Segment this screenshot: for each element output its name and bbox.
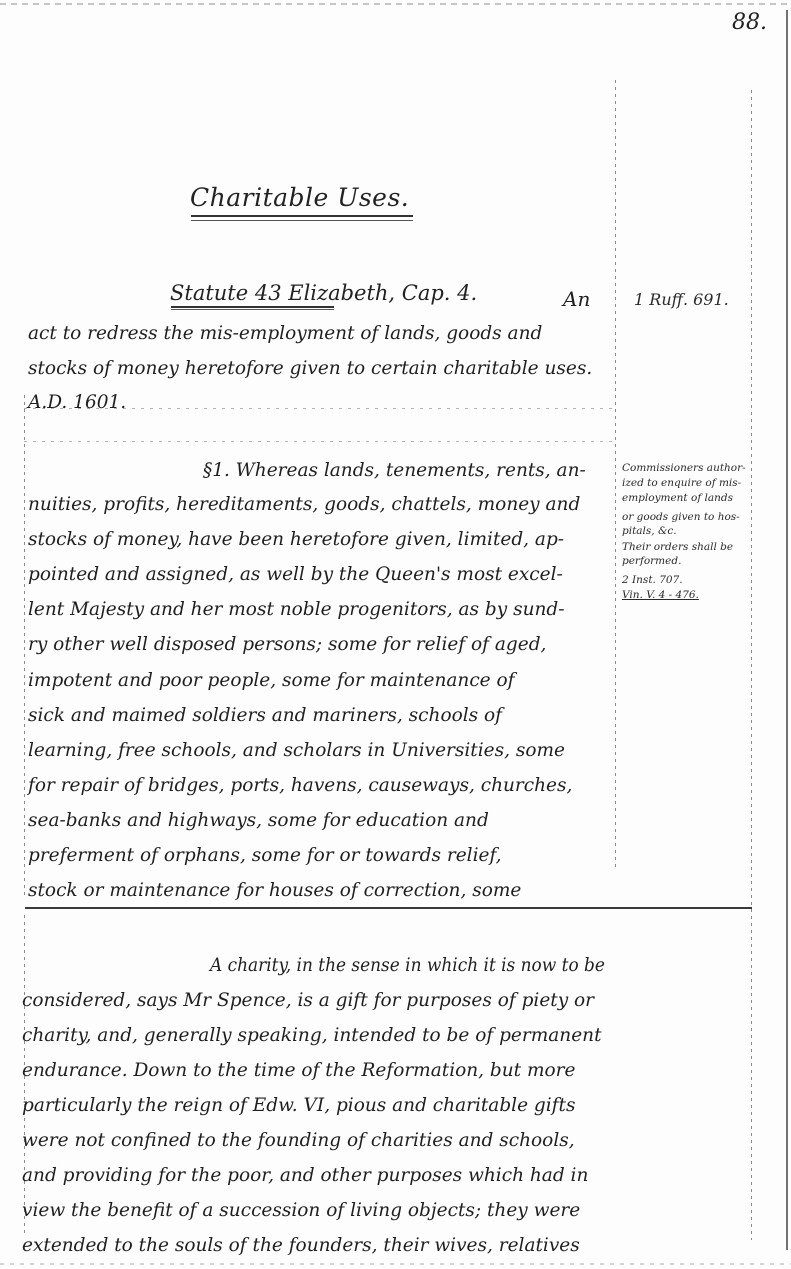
faint-rule [24, 441, 614, 442]
margin-note-line: Commissioners author- [622, 462, 746, 474]
statute-line: act to redress the mis-employment of lan… [28, 323, 542, 344]
margin-note-line: Their orders shall be [622, 541, 733, 553]
section-1-line: stocks of money, have been heretofore gi… [28, 529, 564, 550]
commentary-line: extended to the souls of the founders, t… [22, 1235, 580, 1256]
scan-edge-right [786, 10, 788, 1250]
margin-note-line: or goods given to hos- [622, 511, 740, 523]
commentary-first-line: A charity, in the sense in which it is n… [210, 955, 605, 976]
page-title: Charitable Uses. [190, 183, 409, 212]
statute-line: A.D. 1601. [28, 392, 126, 413]
right-margin-rule [751, 90, 752, 1240]
statute-line: stocks of money heretofore given to cert… [28, 358, 592, 379]
section-1-line: sea-banks and highways, some for educati… [28, 810, 489, 831]
commentary-line: charity, and, generally speaking, intend… [22, 1025, 602, 1046]
commentary-line: view the benefit of a succession of livi… [22, 1200, 580, 1221]
scan-edge-bottom [0, 1263, 791, 1265]
section-1-line: lent Majesty and her most noble progenit… [28, 599, 565, 620]
section-1-line: nuities, profits, hereditaments, goods, … [28, 494, 580, 515]
section-divider [25, 907, 752, 909]
left-margin-rule [24, 395, 25, 895]
section-1-line: learning, free schools, and scholars in … [28, 740, 565, 761]
statute-lead-word: An [563, 287, 590, 311]
section-1-first-line: §1. Whereas lands, tenements, rents, an- [203, 460, 586, 481]
margin-note-line: performed. [622, 555, 681, 567]
section-1-line: stock or maintenance for houses of corre… [28, 880, 521, 901]
commentary-line: and providing for the poor, and other pu… [22, 1165, 588, 1186]
commentary-line: endurance. Down to the time of the Refor… [22, 1060, 575, 1081]
statute-heading: Statute 43 Elizabeth, Cap. 4. [170, 281, 477, 305]
section-1-line: preferment of orphans, some for or towar… [28, 845, 502, 866]
margin-note-line: pitals, &c. [622, 525, 677, 537]
section-1-line: pointed and assigned, as well by the Que… [28, 564, 563, 585]
section-1-line: sick and maimed soldiers and mariners, s… [28, 705, 502, 726]
margin-note-line: 2 Inst. 707. [622, 574, 683, 586]
margin-note-line: Vin. V. 4 - 476. [622, 589, 699, 601]
margin-reference: 1 Ruff. 691. [634, 290, 729, 309]
section-1-line: impotent and poor people, some for maint… [28, 670, 515, 691]
commentary-line: particularly the reign of Edw. VI, pious… [22, 1095, 575, 1116]
margin-note-line: ized to enquire of mis- [622, 477, 741, 489]
manuscript-page: 88. Charitable Uses. Statute 43 Elizabet… [0, 0, 791, 1269]
commentary-line: considered, says Mr Spence, is a gift fo… [22, 990, 594, 1011]
title-underline [191, 215, 413, 221]
scan-edge-top [0, 3, 791, 5]
section-1-line: for repair of bridges, ports, havens, ca… [28, 775, 572, 796]
section-1-line: ry other well disposed persons; some for… [28, 634, 546, 655]
margin-note-rule [615, 80, 616, 870]
commentary-line: were not confined to the founding of cha… [22, 1130, 575, 1151]
margin-note-line: employment of lands [622, 492, 733, 504]
page-number: 88. [732, 10, 767, 35]
statute-heading-underline [171, 306, 334, 310]
